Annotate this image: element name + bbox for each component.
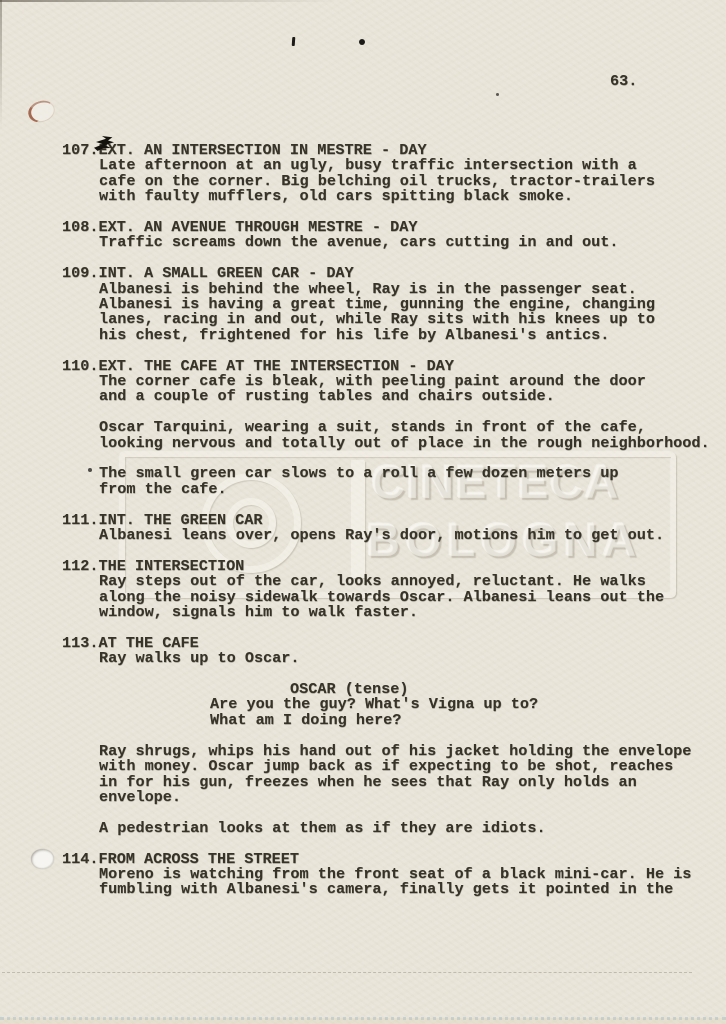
- action-block: The small green car slows to a roll a fe…: [99, 466, 718, 497]
- script-line: window, signals him to walk faster.: [99, 605, 718, 620]
- punch-hole-bottom: [31, 849, 54, 869]
- scene-number: 110.: [62, 357, 98, 375]
- scene-110: 110.EXT. THE CAFE AT THE INTERSECTION - …: [62, 359, 718, 498]
- scanned-script-page: CINETECA BOLOGNA 63. 107.EXT. AN INTERSE…: [0, 0, 726, 1024]
- scene-number: 107.: [62, 141, 98, 159]
- scene-number: 113.: [62, 634, 98, 652]
- scene-number: 108.: [62, 218, 98, 236]
- stray-speck-mark: [496, 93, 499, 96]
- script-line: envelope.: [99, 790, 718, 805]
- scene-112: 112.THE INTERSECTIONRay steps out of the…: [62, 559, 718, 621]
- dialogue-block: OSCAR (tense)Are you the guy? What's Vig…: [210, 682, 718, 728]
- scan-left-edge: [0, 0, 2, 130]
- scene-114: 114.FROM ACROSS THE STREETMoreno is watc…: [62, 852, 718, 898]
- stray-tick-mark: [292, 37, 296, 46]
- script-line: and a couple of rusting tables and chair…: [99, 389, 718, 404]
- scene-111: 111.INT. THE GREEN CARAlbanesi leans ove…: [62, 513, 718, 544]
- scan-top-edge: [0, 0, 340, 2]
- scan-bottom-tint: [0, 1018, 726, 1024]
- script-text: 107.EXT. AN INTERSECTION IN MESTRE - DAY…: [62, 143, 718, 913]
- action-block: The corner cafe is bleak, with peeling p…: [99, 374, 718, 405]
- scene-number: 109.: [62, 264, 98, 282]
- scene-number: 112.: [62, 557, 98, 575]
- script-line: in for his gun, freezes when he sees tha…: [99, 775, 718, 790]
- scene-109: 109.INT. A SMALL GREEN CAR - DAYAlbanesi…: [62, 266, 718, 343]
- action-block: Ray walks up to Oscar.: [99, 651, 718, 666]
- stray-dot-mark: [359, 39, 365, 45]
- script-line: from the cafe.: [99, 482, 718, 497]
- stray-period-mark: [88, 468, 92, 472]
- action-block: Oscar Tarquini, wearing a suit, stands i…: [99, 420, 718, 451]
- action-block: A pedestrian looks at them as if they ar…: [99, 821, 718, 836]
- script-line: Traffic screams down the avenue, cars cu…: [99, 235, 718, 250]
- scene-number: 111.: [62, 511, 98, 529]
- action-block: Albanesi is behind the wheel, Ray is in …: [99, 282, 718, 344]
- action-block: Late afternoon at an ugly, busy traffic …: [99, 158, 718, 204]
- script-line: his chest, frightened for his life by Al…: [99, 328, 718, 343]
- script-line: looking nervous and totally out of place…: [99, 436, 718, 451]
- page-number: 63.: [610, 72, 637, 90]
- script-line: with faulty mufflers, old cars spitting …: [99, 189, 718, 204]
- script-line: Albanesi leans over, opens Ray's door, m…: [99, 528, 718, 543]
- script-line: fumbling with Albanesi's camera, finally…: [99, 882, 718, 897]
- action-block: Ray steps out of the car, looks annoyed,…: [99, 574, 718, 620]
- scene-107: 107.EXT. AN INTERSECTION IN MESTRE - DAY…: [62, 143, 718, 205]
- script-line: Ray walks up to Oscar.: [99, 651, 718, 666]
- punch-hole-top: [25, 97, 57, 125]
- scene-113: 113.AT THE CAFERay walks up to Oscar.OSC…: [62, 636, 718, 836]
- action-block: Moreno is watching from the front seat o…: [99, 867, 718, 898]
- script-line: What am I doing here?: [210, 713, 718, 728]
- scene-number: 114.: [62, 850, 98, 868]
- action-block: Ray shrugs, whips his hand out of his ja…: [99, 744, 718, 806]
- action-block: Albanesi leans over, opens Ray's door, m…: [99, 528, 718, 543]
- script-line: A pedestrian looks at them as if they ar…: [99, 821, 718, 836]
- fold-crease-line: [2, 972, 692, 973]
- scene-108: 108.EXT. AN AVENUE THROUGH MESTRE - DAYT…: [62, 220, 718, 251]
- action-block: Traffic screams down the avenue, cars cu…: [99, 235, 718, 250]
